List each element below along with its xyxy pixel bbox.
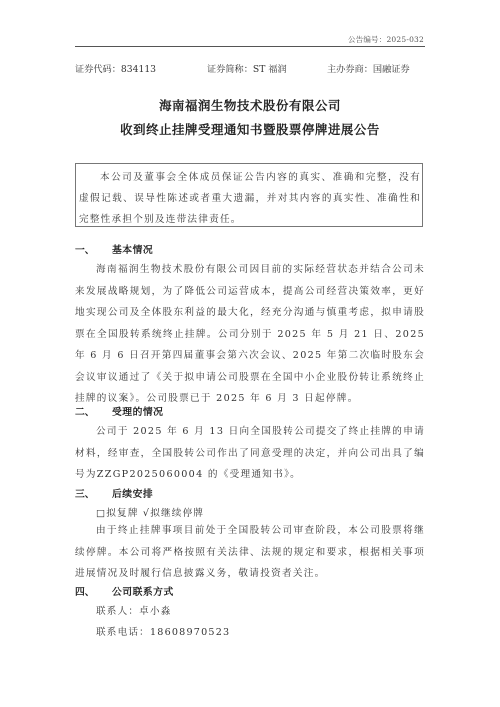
contact-person: 联系人：卓小淼 — [96, 603, 172, 617]
securities-abbreviation: 证券简称：ST 福润 — [207, 61, 287, 75]
section-title: 公司联系方式 — [112, 584, 174, 598]
notice-number: 公告编号：2025-032 — [348, 34, 424, 45]
responsibility-statement: 本公司及董事会全体成员保证公告内容的真实、准确和完整，没有虚假记载、误导性陈述或… — [79, 167, 421, 230]
securities-code: 证券代码：834113 — [75, 61, 156, 75]
section-number: 一、 — [75, 242, 95, 256]
section-number: 四、 — [75, 584, 95, 598]
section-title: 后续安排 — [112, 486, 153, 500]
trading-status-options: □拟复牌 √拟继续停牌 — [96, 505, 204, 519]
announcement-page: 公告编号：2025-032 证券代码：834113 证券简称：ST 福润 主办券… — [0, 0, 500, 707]
company-name-title: 海南福润生物技术股份有限公司 — [75, 96, 425, 114]
section-body-follow-up: 由于终止挂牌事项目前处于全国股转公司审查阶段，本公司股票将继续停牌。本公司将严格… — [75, 520, 425, 585]
section-number: 二、 — [75, 404, 95, 418]
section-body-basic-info: 海南福润生物技术股份有限公司因目前的实际经营状态并结合公司未来发展战略规划，为了… — [75, 259, 425, 410]
header-divider — [75, 46, 425, 47]
sponsor-broker: 主办券商：国融证券 — [327, 61, 410, 75]
contact-phone: 联系电话：18608970523 — [96, 624, 230, 638]
section-title: 受理的情况 — [112, 404, 163, 418]
section-body-acceptance: 公司于 2025 年 6 月 13 日向全国股转公司提交了终止挂牌的申请材料，经… — [75, 421, 425, 486]
section-title: 基本情况 — [112, 242, 153, 256]
announcement-title: 收到终止挂牌受理通知书暨股票停牌进展公告 — [75, 120, 425, 138]
section-number: 三、 — [75, 486, 95, 500]
